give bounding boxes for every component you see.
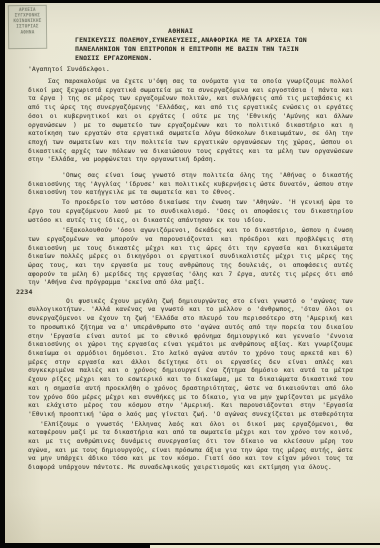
document-heading-kicker: ΑΘΗΝΑΙ: [168, 27, 353, 36]
paragraph: 'Ελπίζουμε ο γνωστός 'Ελληνας λαός και ό…: [28, 421, 353, 473]
document-title-line: ΕΝΩΣΙΣ ΕΡΓΑΖΟΜΕΝΩΝ.: [75, 54, 353, 63]
document-body: Σας παρακαλούμε να έχετε υ'όψη σας τα ον…: [28, 78, 353, 473]
paragraph: Το προεδρείο του ωστόσο δικαίωσε την ένω…: [28, 199, 353, 225]
typewritten-text-column: ΑΘΗΝΑΙ ΓΕΝΙΚΕΥΣΙΣ ΠΟΛΕΜΟΥ,ΣΥΝΕΛΕΥΣΕΙΣ,ΑΝ…: [28, 27, 353, 473]
document-title-block: ΓΕΝΙΚΕΥΣΙΣ ΠΟΛΕΜΟΥ,ΣΥΝΕΛΕΥΣΕΙΣ,ΑΝΑΦΟΡΙΚΑ…: [28, 36, 353, 63]
paragraph: 'Εξακολουθούν 'όσοι αγωνιζόμενοι, δεκάδε…: [28, 227, 353, 288]
scanned-document-photo: ΑΡΧΕΙΑΣΥΓΧΡΟΝΗΣΚΟΙΝΩΝΙΚΗΣΙΣΤΟΡΙΑΣΑΘΗΝΑ Α…: [0, 0, 380, 548]
document-title-line: ΠΑΝΕΛΛΗΝΙΩΝ ΤΩΝ ΕΠΙΤΡΟΠΩΝ Η ΕΠΙΤΡΟΠΗ ΜΕ …: [75, 45, 353, 54]
document-page: ΑΡΧΕΙΑΣΥΓΧΡΟΝΗΣΚΟΙΝΩΝΙΚΗΣΙΣΤΟΡΙΑΣΑΘΗΝΑ Α…: [5, 3, 380, 543]
paragraph: Οι φυσικές έχουν μεγάλη ζωή δημιουργώντα…: [28, 298, 353, 420]
document-title-line: ΓΕΝΙΚΕΥΣΙΣ ΠΟΛΕΜΟΥ,ΣΥΝΕΛΕΥΣΕΙΣ,ΑΝΑΦΟΡΙΚΑ…: [75, 36, 353, 45]
salutation-line: 'Αγαπητοί Συνάδελφοι.: [28, 65, 353, 74]
margin-note: 2234: [16, 288, 353, 297]
paragraph: 'Οπως σας είναι ίσως γνωστό στην πολιτεί…: [28, 172, 353, 198]
paragraph: Σας παρακαλούμε να έχετε υ'όψη σας τα ον…: [28, 78, 353, 165]
